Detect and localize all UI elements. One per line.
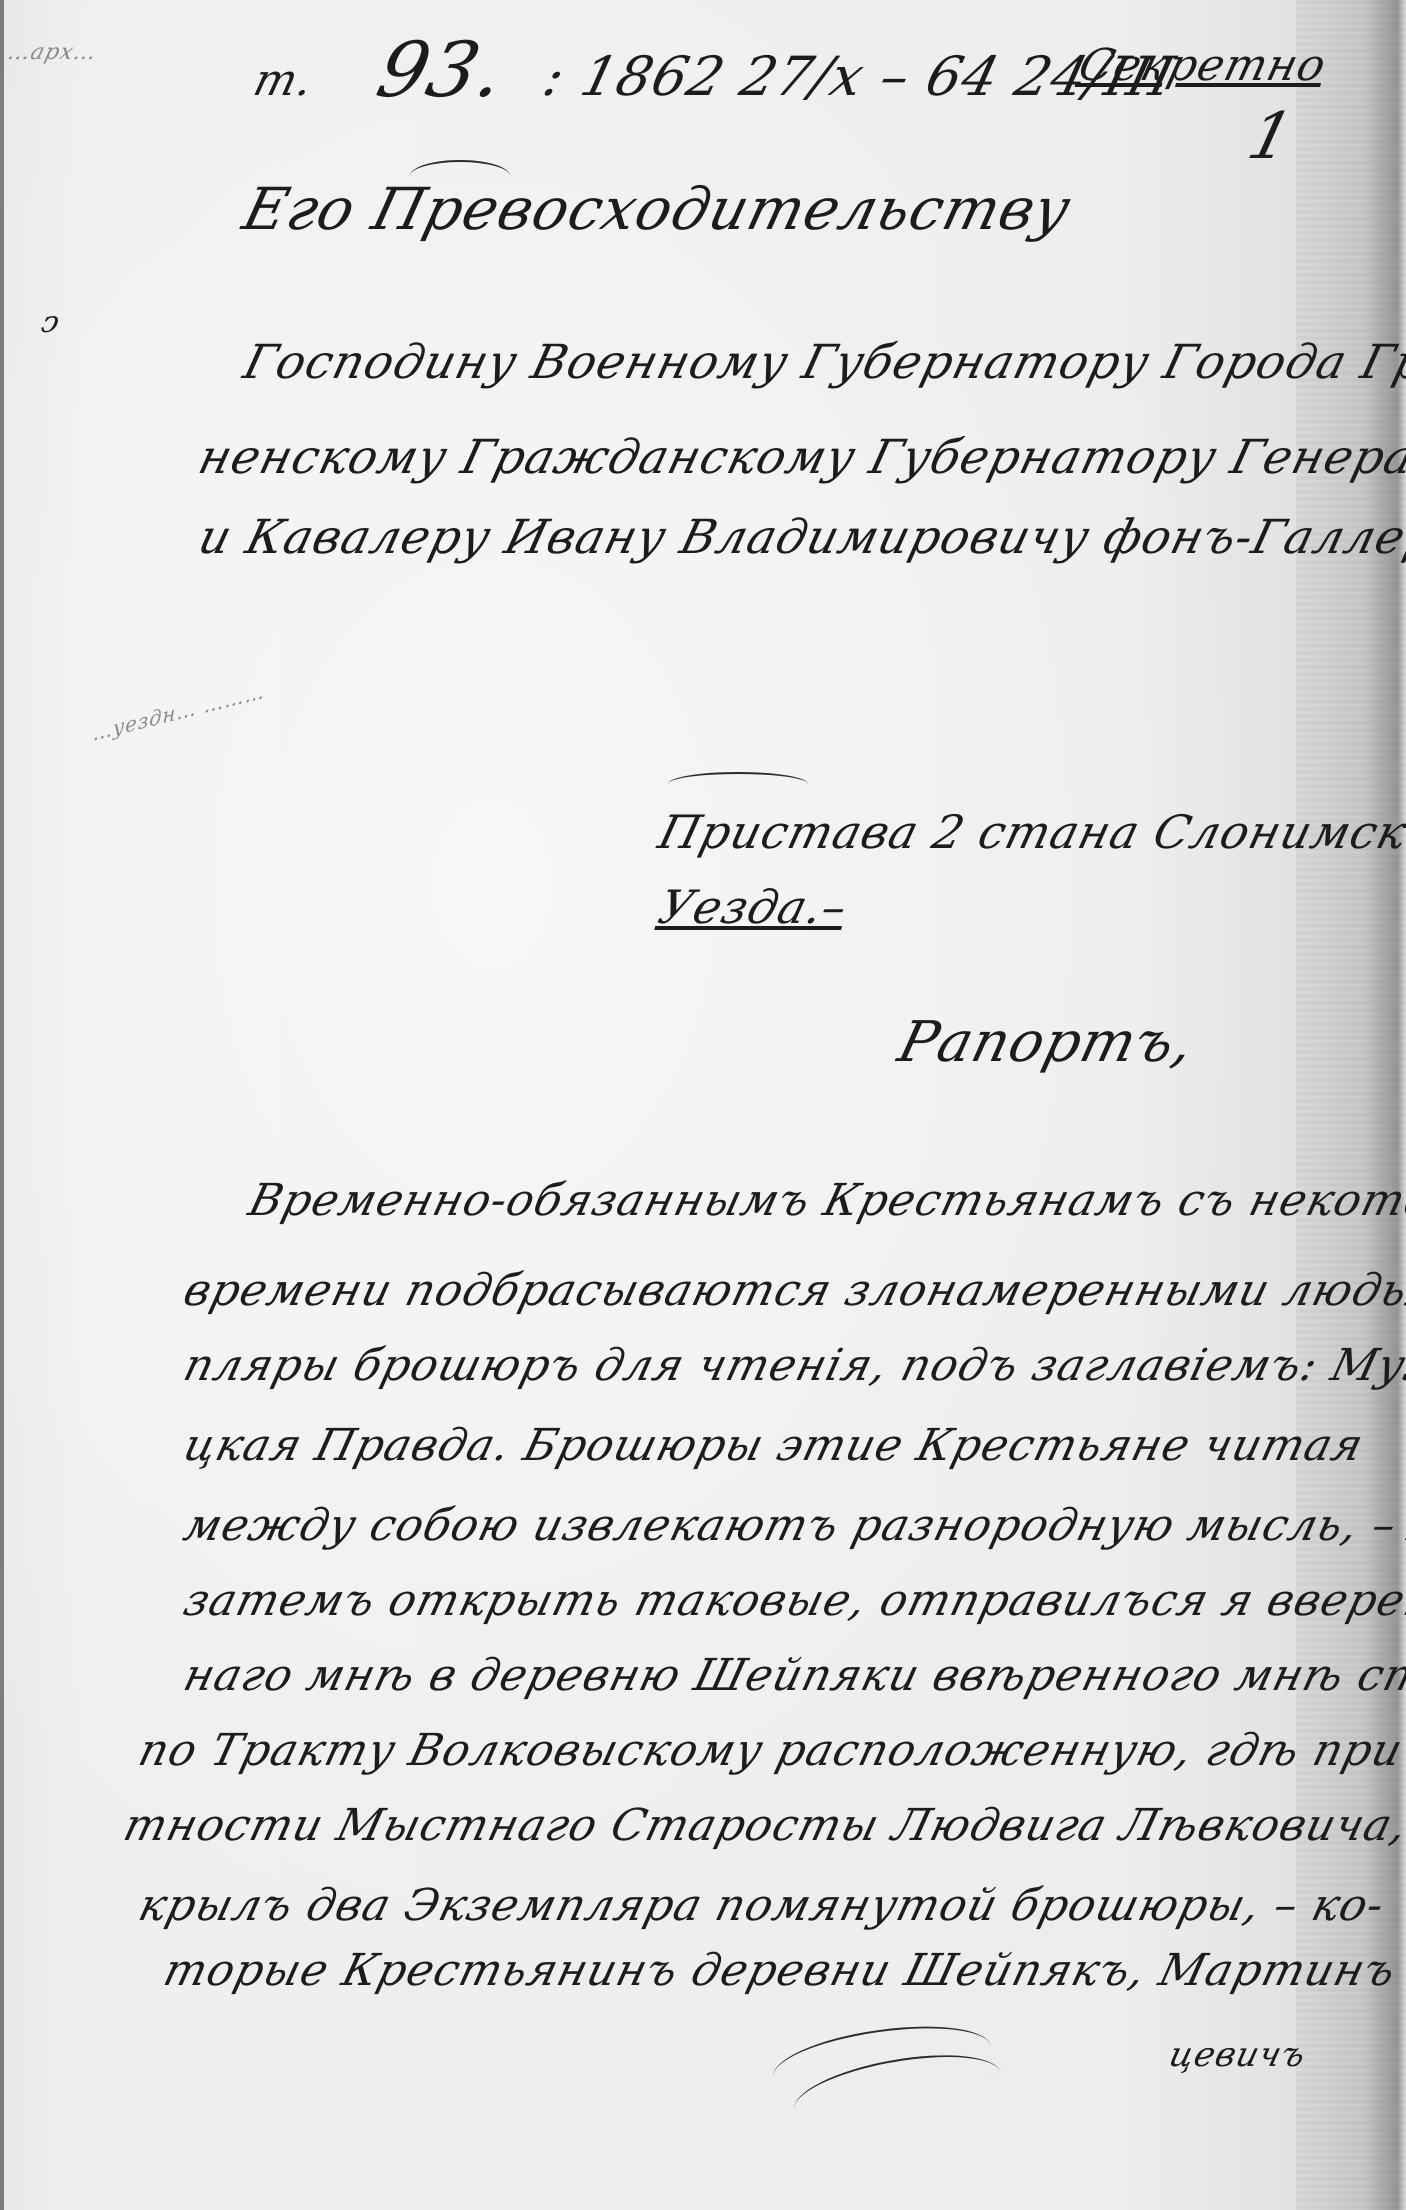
classification-label: Секретно (1074, 40, 1332, 91)
addressee-line-1: Господину Военному Губернатору Города Гр… (238, 335, 1406, 390)
body-line: времени подбрасываются злонамеренными лю… (179, 1265, 1406, 1316)
faint-pencil-note: …уездн… ……… (93, 678, 265, 746)
body-line: тности Мыстнаго Старосты Людвига Лѣвкови… (119, 1800, 1406, 1851)
body-line: крылъ два Экземпляра помянутой брошюры, … (134, 1880, 1390, 1931)
archive-volume-prefix: т. (249, 55, 319, 106)
addressee-line-3: и Кавалеру Ивану Владимировичу фонъ-Галл… (193, 510, 1406, 565)
catchword: цевичъ (1165, 2035, 1310, 2075)
document-type-heading: Рапортъ, (892, 1010, 1201, 1075)
flourish (410, 160, 510, 176)
flourish (668, 772, 808, 784)
page-number: 1 (1241, 100, 1301, 174)
page-edge-stain (1296, 0, 1406, 2210)
sender-line-2: Уезда.– (653, 880, 853, 934)
salutation-title: Его Превосходительству (237, 175, 1079, 243)
body-line: Временно-обязаннымъ Крестьянамъ съ некот… (244, 1175, 1406, 1226)
margin-mark: ↄ (38, 305, 65, 340)
page-left-edge (0, 0, 4, 2210)
body-line: цкая Правда. Брошюры этие Крестьяне чита… (179, 1420, 1369, 1471)
body-line: по Тракту Волковыскому расположенную, гд… (134, 1725, 1406, 1776)
body-line: между собою извлекаютъ разнородную мысль… (179, 1500, 1406, 1551)
archive-stamp: …арх… (5, 40, 100, 65)
body-line: торые Крестьянинъ деревни Шейпякъ, Марти… (159, 1945, 1406, 1996)
body-line: затемъ открыть таковые, отправилъся я вв… (179, 1575, 1406, 1626)
archive-file-number: 93. (369, 25, 515, 114)
sender-line-1: Пристава 2 стана Слонимского (653, 805, 1406, 859)
addressee-line-2: ненскому Гражданскому Губернатору Генера… (193, 430, 1406, 485)
body-line: наго мнѣ в деревню Шейпяки ввѣренного мн… (179, 1650, 1406, 1701)
document-page: …арх… т. 93. : 1862 27/x – 64 24/III Сек… (0, 0, 1406, 2210)
body-line: пляры брошюръ для чтенія, подъ заглавіем… (179, 1340, 1406, 1391)
